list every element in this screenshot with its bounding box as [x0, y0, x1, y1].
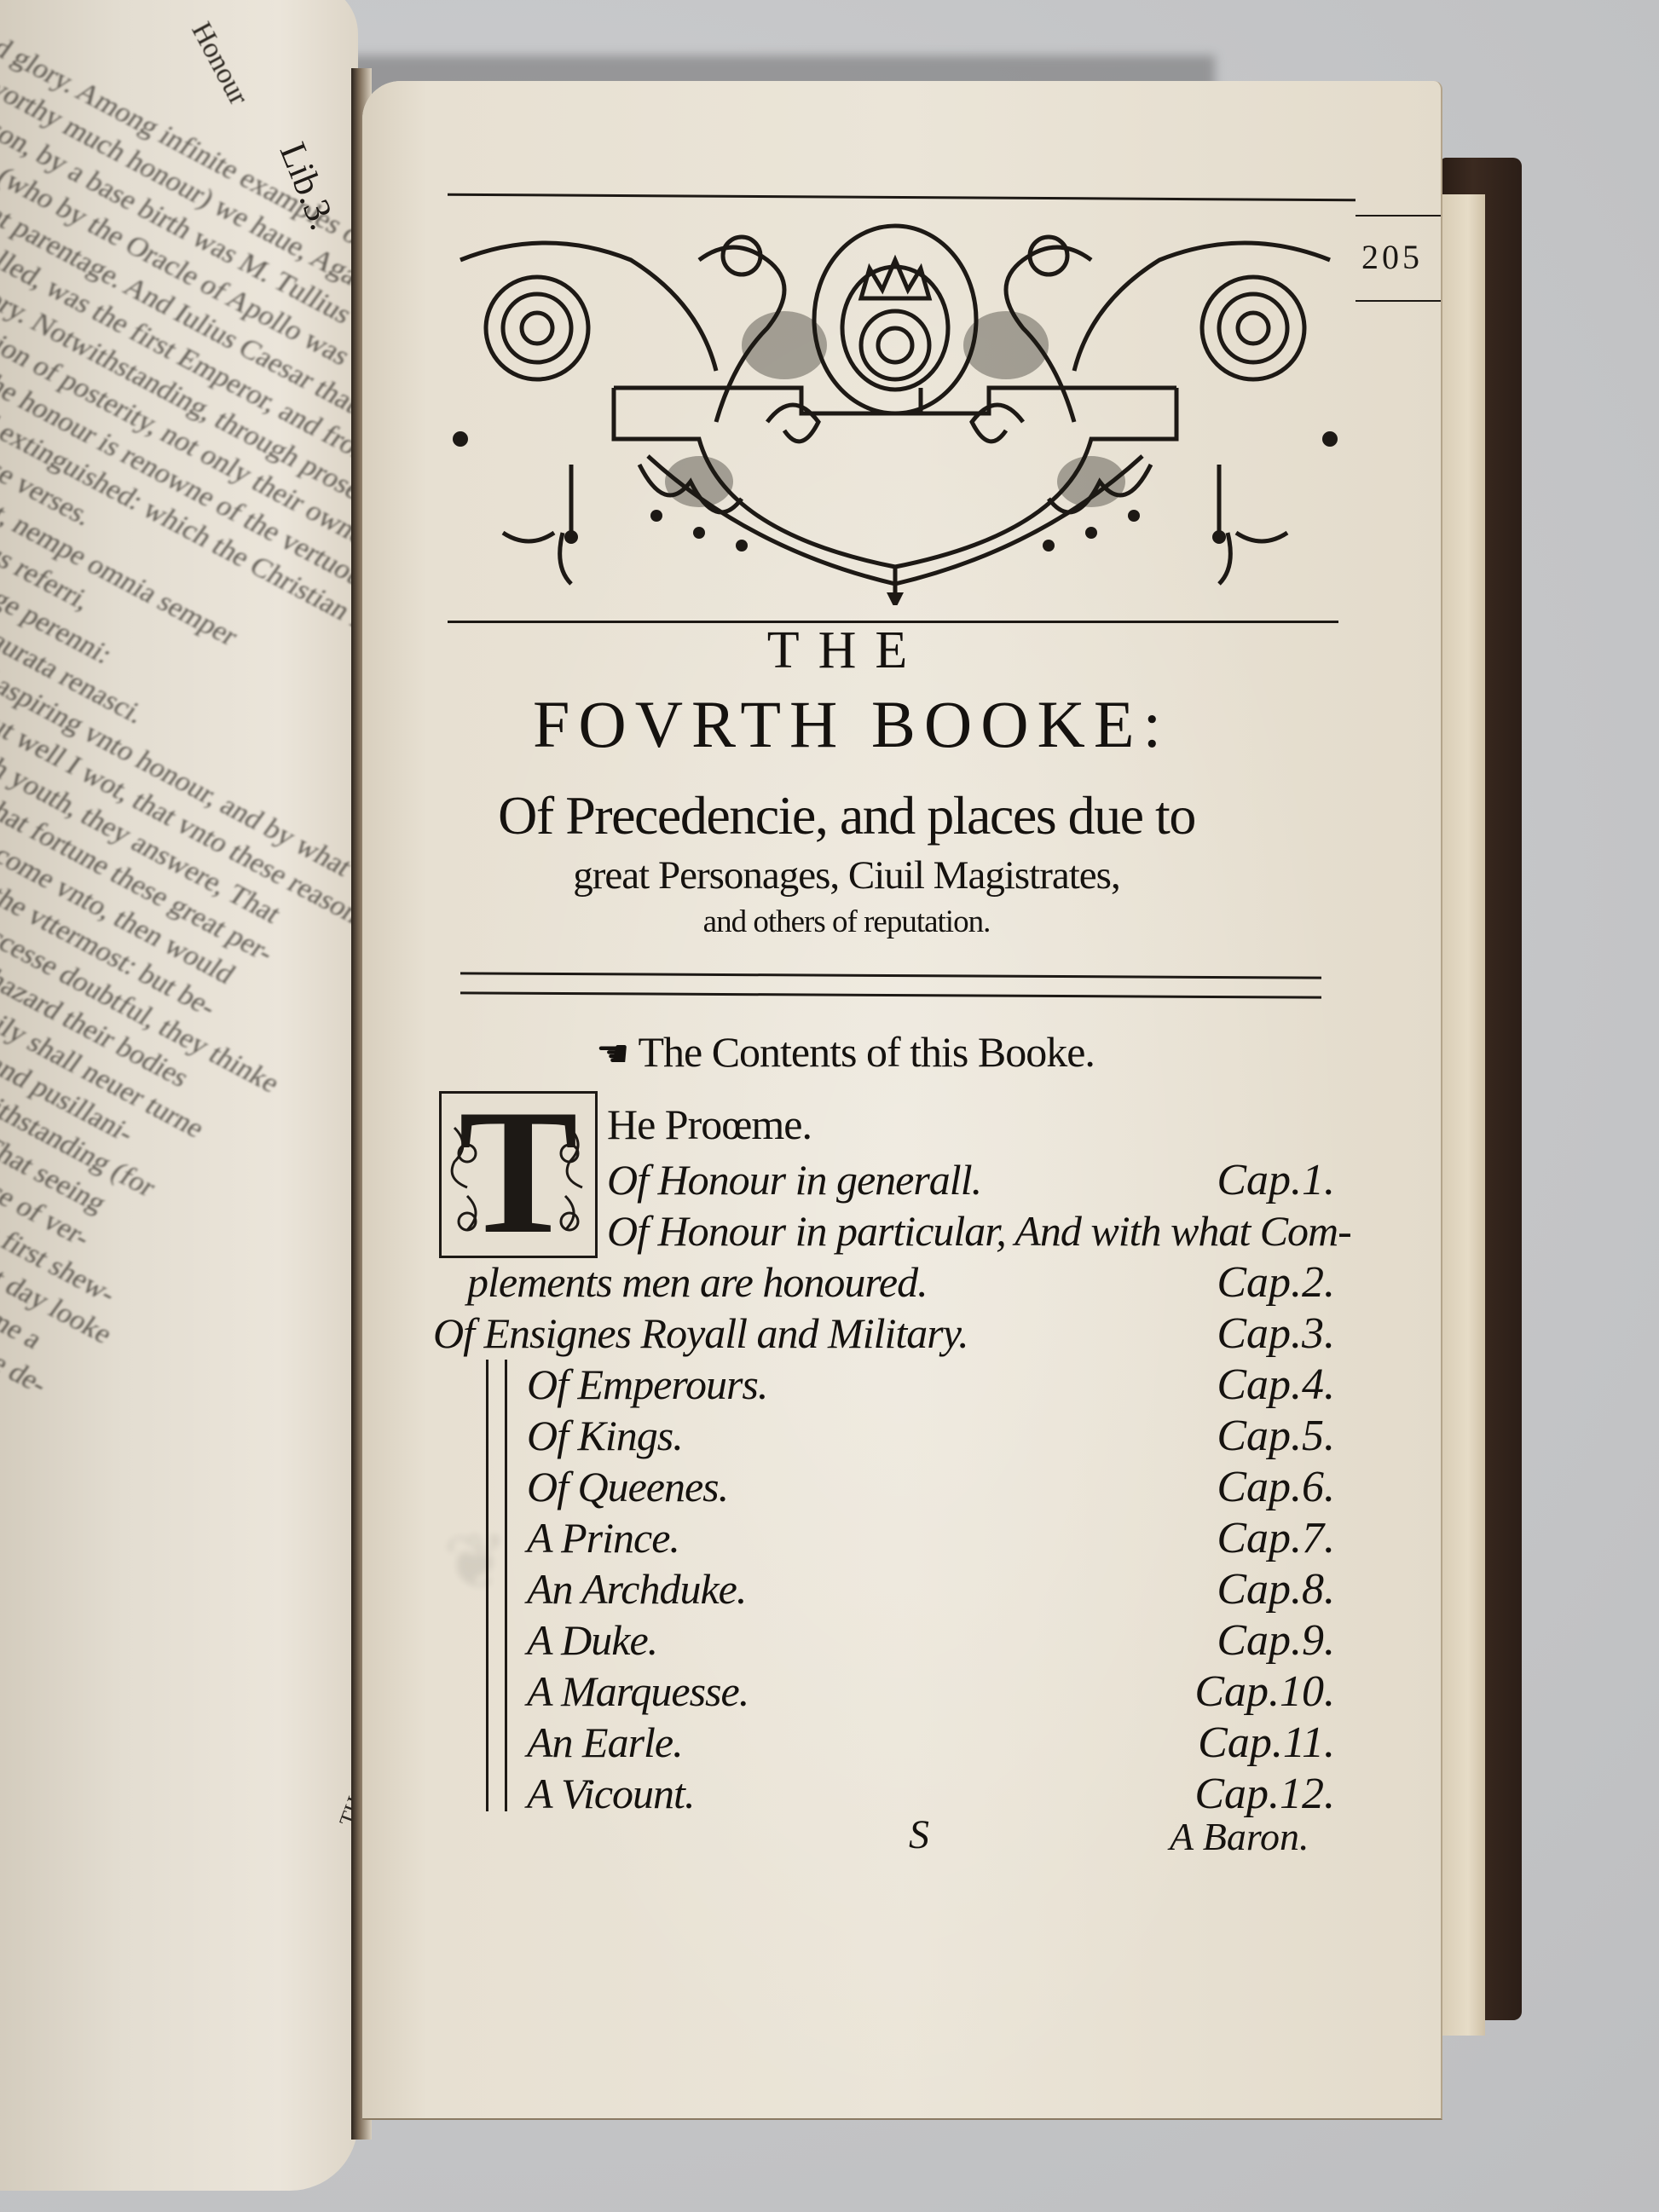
- contents-heading-text: The Contents of this Booke.: [638, 1028, 1094, 1076]
- toc-entry-10-label: A Marquesse.: [527, 1666, 749, 1716]
- toc-entry-12-cap: Cap.12.: [1194, 1769, 1335, 1819]
- toc-entry-8-label: An Archduke.: [527, 1564, 746, 1614]
- toc-entry-7-label: A Prince.: [527, 1513, 679, 1562]
- toc-entry-9-label: A Duke.: [527, 1615, 657, 1665]
- page-number-rule-top: [1356, 215, 1441, 217]
- subtitle-line-2: great Personages, Ciuil Magistrates,: [0, 852, 1659, 898]
- signature-mark: S: [909, 1811, 929, 1858]
- page-number-rule-bottom: [1356, 300, 1441, 302]
- toc-entry-9-cap: Cap.9.: [1217, 1615, 1335, 1666]
- toc-entry-3-label: Of Ensignes Royall and Military.: [433, 1308, 968, 1358]
- toc-entry-8-cap: Cap.8.: [1217, 1564, 1335, 1614]
- toc-entry-5-cap: Cap.5.: [1217, 1411, 1335, 1461]
- left-page: and glory. Among infinite examples of as…: [0, 0, 358, 2191]
- toc-entry-3-cap: Cap.3.: [1217, 1308, 1335, 1359]
- bracket-line-inner: [505, 1360, 507, 1811]
- toc-entry-2-label: Of Honour in particular, And with what C…: [607, 1206, 1351, 1256]
- catchword: A Baron.: [1170, 1814, 1309, 1859]
- toc-entry-6-cap: Cap.6.: [1217, 1462, 1335, 1512]
- subtitle-line-3: and others of reputation.: [0, 904, 1659, 940]
- manicule-fist-icon: ☛: [597, 1032, 629, 1076]
- toc-entry-6-label: Of Queenes.: [527, 1462, 728, 1511]
- page-number: 205: [1361, 237, 1423, 277]
- toc-entry-2-cap: Cap.2.: [1217, 1257, 1335, 1308]
- contents-heading: ☛The Contents of this Booke.: [597, 1027, 1095, 1077]
- toc-entry-11-label: An Earle.: [527, 1718, 683, 1767]
- book-title: FOVRTH BOOKE:: [533, 686, 1170, 763]
- toc-entry-10-cap: Cap.10.: [1194, 1666, 1335, 1717]
- toc-entry-11-cap: Cap.11.: [1198, 1718, 1335, 1768]
- woodcut-headpiece-icon: [443, 209, 1347, 605]
- toc-entry-4-label: Of Emperours.: [527, 1360, 767, 1409]
- toc-entry-1-label: Of Honour in generall.: [607, 1155, 981, 1204]
- toc-proeme: He Proœme.: [607, 1100, 812, 1149]
- bracket-line-outer: [486, 1360, 488, 1811]
- subtitle-line-1: Of Precedencie, and places due to: [0, 784, 1659, 847]
- drop-cap-ornament: T: [439, 1091, 598, 1258]
- title-the: THE: [0, 621, 1659, 681]
- drop-cap-letter: T: [442, 1087, 595, 1257]
- toc-entry-7-cap: Cap.7.: [1217, 1513, 1335, 1563]
- toc-entry-12-label: A Vicount.: [527, 1769, 694, 1818]
- toc-entry-5-label: Of Kings.: [527, 1411, 683, 1460]
- toc-entry-4-cap: Cap.4.: [1217, 1360, 1335, 1410]
- page-stack-edge: [1441, 194, 1485, 2036]
- toc-entry-1-cap: Cap.1.: [1217, 1155, 1335, 1205]
- toc-entry-2b-label: plements men are honoured.: [467, 1257, 928, 1307]
